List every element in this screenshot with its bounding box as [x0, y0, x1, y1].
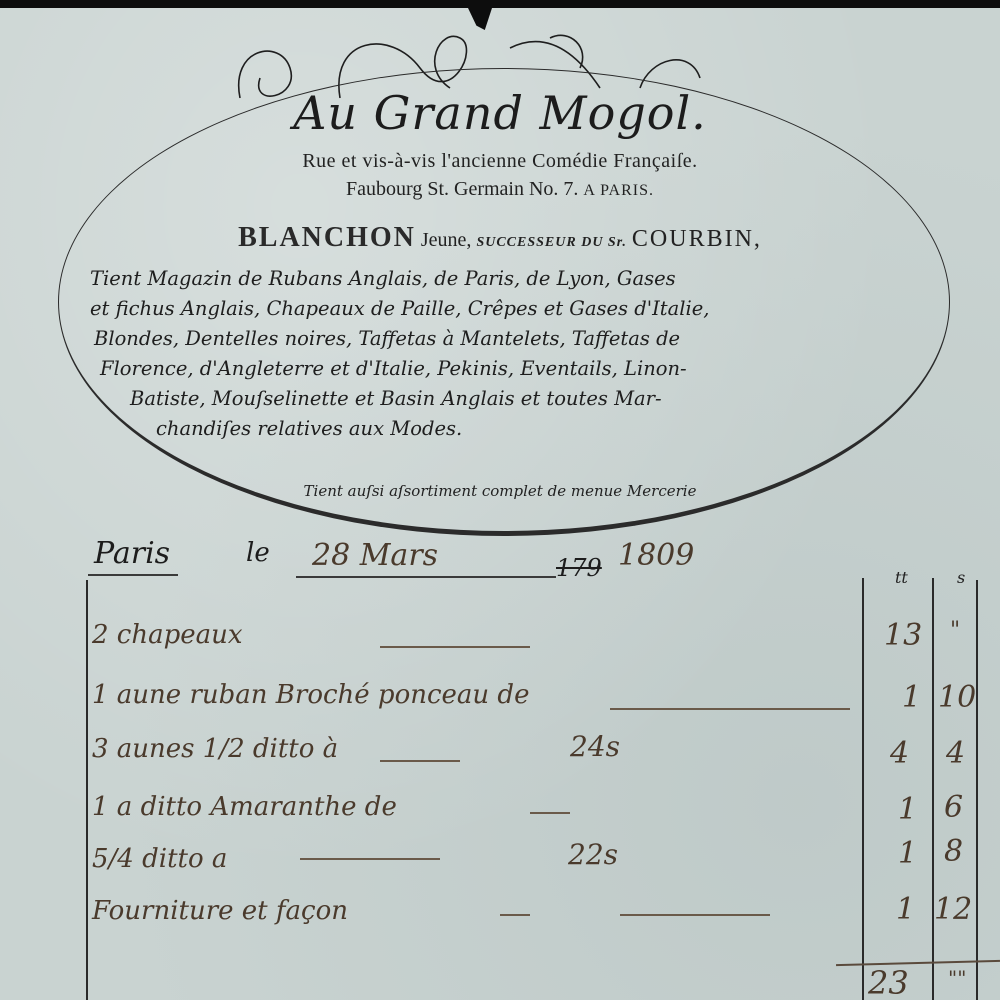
line-item-description: 1 a ditto Amaranthe de [92, 792, 397, 822]
column-header-livres: tt [895, 568, 908, 587]
address-city: A PARIS. [583, 182, 654, 199]
line-item-rate: 22s [568, 838, 618, 871]
line-item-description: 3 aunes 1/2 ditto à [92, 734, 338, 764]
line-item-sols: 6 [944, 790, 963, 825]
address-street: Faubourg St. Germain No. 7. [346, 178, 578, 200]
shop-description: Tient Magazin de Rubans Anglais, de Pari… [90, 264, 950, 444]
line-item-livres: 1 [898, 836, 917, 871]
line-item-livres: 13 [884, 618, 922, 653]
footer-note: Tient auſsi aſsortiment complet de menue… [0, 482, 1000, 500]
description-line: et fichus Anglais, Chapeaux de Paille, C… [90, 294, 950, 324]
ledger-livres-rule [862, 578, 864, 1000]
description-line: Florence, d'Angleterre et d'Italie, Peki… [90, 354, 950, 384]
line-item-sols: 8 [944, 834, 963, 869]
leader-line [300, 858, 440, 860]
leader-line [610, 708, 850, 710]
line-item-sols: 12 [934, 892, 972, 927]
column-header-sols: s [957, 568, 965, 587]
successor-label: SUCCESSEUR DU Sr. [476, 235, 626, 250]
ledger-sols-rule [932, 578, 934, 1000]
year-printed: 179 [556, 554, 602, 582]
address-line-2: Faubourg St. Germain No. 7. A PARIS. [0, 178, 1000, 201]
place-underline [88, 574, 178, 576]
description-line: Batiste, Mouſselinette et Basin Anglais … [90, 384, 950, 414]
merchant-suffix: Jeune, [421, 229, 472, 251]
line-item-rate: 24s [570, 730, 620, 763]
merchant-name: BLANCHON [238, 222, 416, 253]
line-item-description: Fourniture et façon [92, 896, 348, 926]
line-item-description: 2 chapeaux [92, 620, 243, 650]
year-written: 1809 [618, 538, 694, 573]
total-livres: 23 [868, 964, 909, 1000]
leader-line [380, 646, 530, 648]
leader-line [380, 760, 460, 762]
predecessor-name: COURBIN, [632, 226, 762, 252]
place-label: Paris [94, 536, 170, 571]
paper-tear [468, 8, 492, 30]
merchant-line: BLANCHON Jeune, SUCCESSEUR DU Sr. COURBI… [0, 222, 1000, 254]
line-item-livres: 4 [890, 736, 909, 771]
date-prefix: le [246, 538, 270, 568]
leader-line [500, 914, 530, 916]
shop-name: Au Grand Mogol. [0, 86, 1000, 140]
line-item-livres: 1 [898, 792, 917, 827]
date-underline [296, 576, 556, 578]
line-item-sols: 10 [938, 680, 976, 715]
line-item-sols: 4 [946, 736, 965, 771]
line-item-sols: " [950, 618, 960, 643]
description-line: Blondes, Dentelles noires, Taffetas à Ma… [90, 324, 950, 354]
description-line: chandiſes relatives aux Modes. [90, 414, 950, 444]
line-item-description: 5/4 ditto a [92, 844, 227, 874]
line-item-livres: 1 [896, 892, 915, 927]
ledger-deniers-rule [976, 580, 978, 1000]
invoice-paper: Au Grand Mogol. Rue et vis-à-vis l'ancie… [0, 8, 1000, 1000]
ledger-left-rule [86, 580, 88, 1000]
total-sols: "" [948, 966, 966, 990]
line-item-description: 1 aune ruban Broché ponceau de [92, 680, 529, 710]
leader-line [530, 812, 570, 814]
date-day-month: 28 Mars [312, 538, 438, 573]
address-line-1: Rue et vis-à-vis l'ancienne Comédie Fran… [0, 150, 1000, 173]
leader-line [620, 914, 770, 916]
line-item-livres: 1 [902, 680, 921, 715]
description-line: Tient Magazin de Rubans Anglais, de Pari… [90, 264, 950, 294]
